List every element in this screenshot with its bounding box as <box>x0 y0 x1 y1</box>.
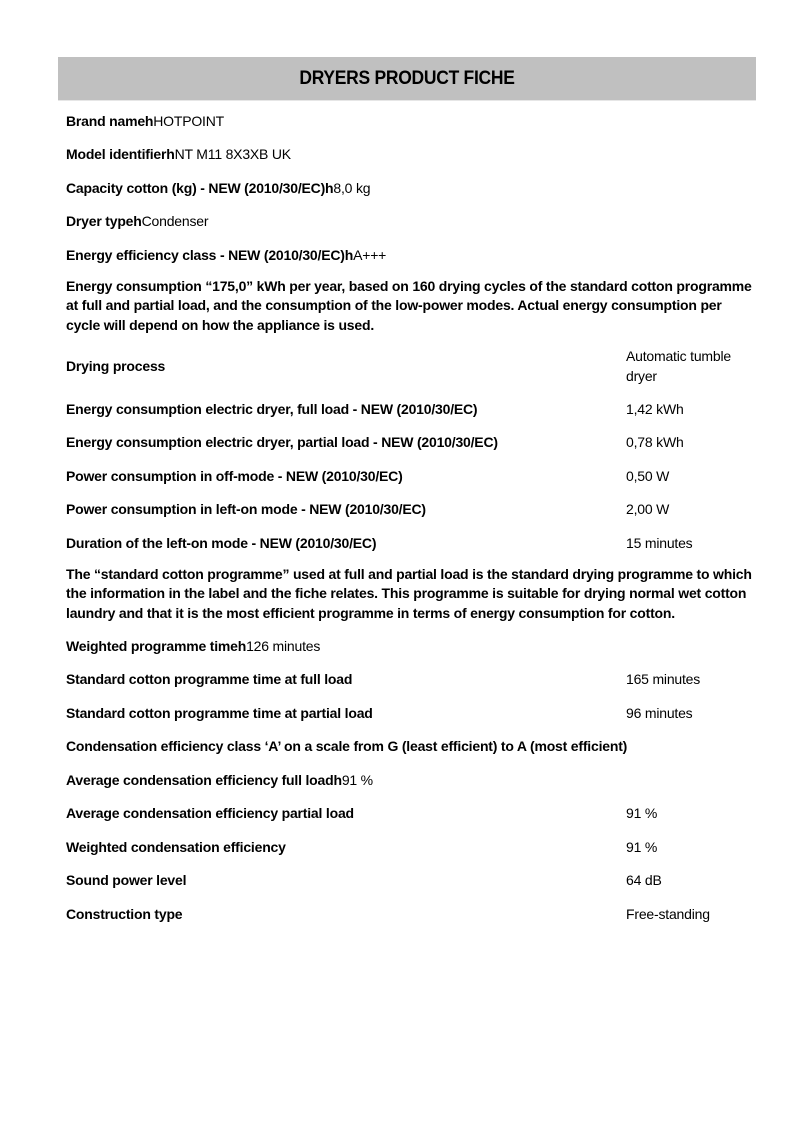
spec-value: 0,50 W <box>626 466 756 486</box>
spec-label: Sound power level <box>66 870 626 890</box>
dryer-type-row: Dryer typehCondenser <box>66 205 756 239</box>
spec-label: Construction type <box>66 904 626 924</box>
dryer-type-label: Dryer typeh <box>66 211 142 231</box>
spec-value: 64 dB <box>626 870 756 890</box>
spec-row-time-full-load: Standard cotton programme time at full l… <box>66 663 756 697</box>
weighted-programme-time-row: Weighted programme timeh126 minutes <box>66 629 756 663</box>
capacity-cotton-value: 8,0 kg <box>333 178 370 198</box>
spec-row-left-on-power: Power consumption in left-on mode - NEW … <box>66 493 756 527</box>
product-fiche-page: DRYERS PRODUCT FICHE Brand namehHOTPOINT… <box>0 0 802 1134</box>
spec-row-condensation-partial: Average condensation efficiency partial … <box>66 797 756 831</box>
model-identifier-value: NT M11 8X3XB UK <box>175 144 291 164</box>
spec-row-left-on-duration: Duration of the left-on mode - NEW (2010… <box>66 526 756 560</box>
spec-label: Weighted condensation efficiency <box>66 837 626 857</box>
spec-label: Energy consumption electric dryer, full … <box>66 399 626 419</box>
spec-value: 1,42 kWh <box>626 399 756 419</box>
weighted-programme-time-label: Weighted programme timeh <box>66 636 246 656</box>
avg-condensation-full-row: Average condensation efficiency full loa… <box>66 763 756 797</box>
energy-efficiency-class-value: A+++ <box>353 245 386 265</box>
spec-value: 0,78 kWh <box>626 432 756 452</box>
weighted-programme-time-value: 126 minutes <box>246 636 320 656</box>
spec-value: 15 minutes <box>626 533 756 553</box>
capacity-cotton-row: Capacity cotton (kg) - NEW (2010/30/EC)h… <box>66 171 756 205</box>
spec-row-sound-power: Sound power level 64 dB <box>66 864 756 898</box>
spec-row-drying-process: Drying process Automatic tumble dryer <box>66 341 756 392</box>
spec-value: 91 % <box>626 803 756 823</box>
spec-row-energy-full-load: Energy consumption electric dryer, full … <box>66 392 756 426</box>
condensation-class-text: Condensation efficiency class ‘A’ on a s… <box>66 736 627 756</box>
brand-name-row: Brand namehHOTPOINT <box>66 104 756 138</box>
dryer-type-value: Condenser <box>142 211 209 231</box>
capacity-cotton-label: Capacity cotton (kg) - NEW (2010/30/EC)h <box>66 178 333 198</box>
spec-label: Standard cotton programme time at partia… <box>66 703 626 723</box>
spec-row-construction-type: Construction type Free-standing <box>66 897 756 931</box>
fiche-content: Brand namehHOTPOINT Model identifierhNT … <box>66 104 756 931</box>
header-bar: DRYERS PRODUCT FICHE <box>58 57 756 101</box>
spec-label: Power consumption in left-on mode - NEW … <box>66 499 626 519</box>
spec-value: 165 minutes <box>626 669 756 689</box>
spec-label: Duration of the left-on mode - NEW (2010… <box>66 533 626 553</box>
brand-name-value: HOTPOINT <box>153 111 224 131</box>
spec-label: Power consumption in off-mode - NEW (201… <box>66 466 626 486</box>
avg-condensation-full-label: Average condensation efficiency full loa… <box>66 770 342 790</box>
spec-value: 91 % <box>626 837 756 857</box>
spec-label: Average condensation efficiency partial … <box>66 803 626 823</box>
spec-label: Standard cotton programme time at full l… <box>66 669 626 689</box>
page-title: DRYERS PRODUCT FICHE <box>299 68 514 90</box>
spec-value: 2,00 W <box>626 499 756 519</box>
standard-programme-paragraph: The “standard cotton programme” used at … <box>66 560 756 630</box>
spec-row-off-mode-power: Power consumption in off-mode - NEW (201… <box>66 459 756 493</box>
spec-value: Free-standing <box>626 904 756 924</box>
model-identifier-label: Model identifierh <box>66 144 175 164</box>
energy-efficiency-class-row: Energy efficiency class - NEW (2010/30/E… <box>66 238 756 272</box>
energy-efficiency-class-label: Energy efficiency class - NEW (2010/30/E… <box>66 245 353 265</box>
spec-label: Drying process <box>66 356 626 376</box>
spec-row-time-partial-load: Standard cotton programme time at partia… <box>66 696 756 730</box>
spec-row-weighted-condensation: Weighted condensation efficiency 91 % <box>66 830 756 864</box>
avg-condensation-full-value: 91 % <box>342 770 373 790</box>
spec-value: 96 minutes <box>626 703 756 723</box>
spec-value: Automatic tumble dryer <box>626 346 756 386</box>
energy-consumption-paragraph: Energy consumption “175,0” kWh per year,… <box>66 272 756 342</box>
spec-row-energy-partial-load: Energy consumption electric dryer, parti… <box>66 426 756 460</box>
condensation-class-note: Condensation efficiency class ‘A’ on a s… <box>66 730 756 764</box>
spec-label: Energy consumption electric dryer, parti… <box>66 432 626 452</box>
model-identifier-row: Model identifierhNT M11 8X3XB UK <box>66 138 756 172</box>
brand-name-label: Brand nameh <box>66 111 153 131</box>
